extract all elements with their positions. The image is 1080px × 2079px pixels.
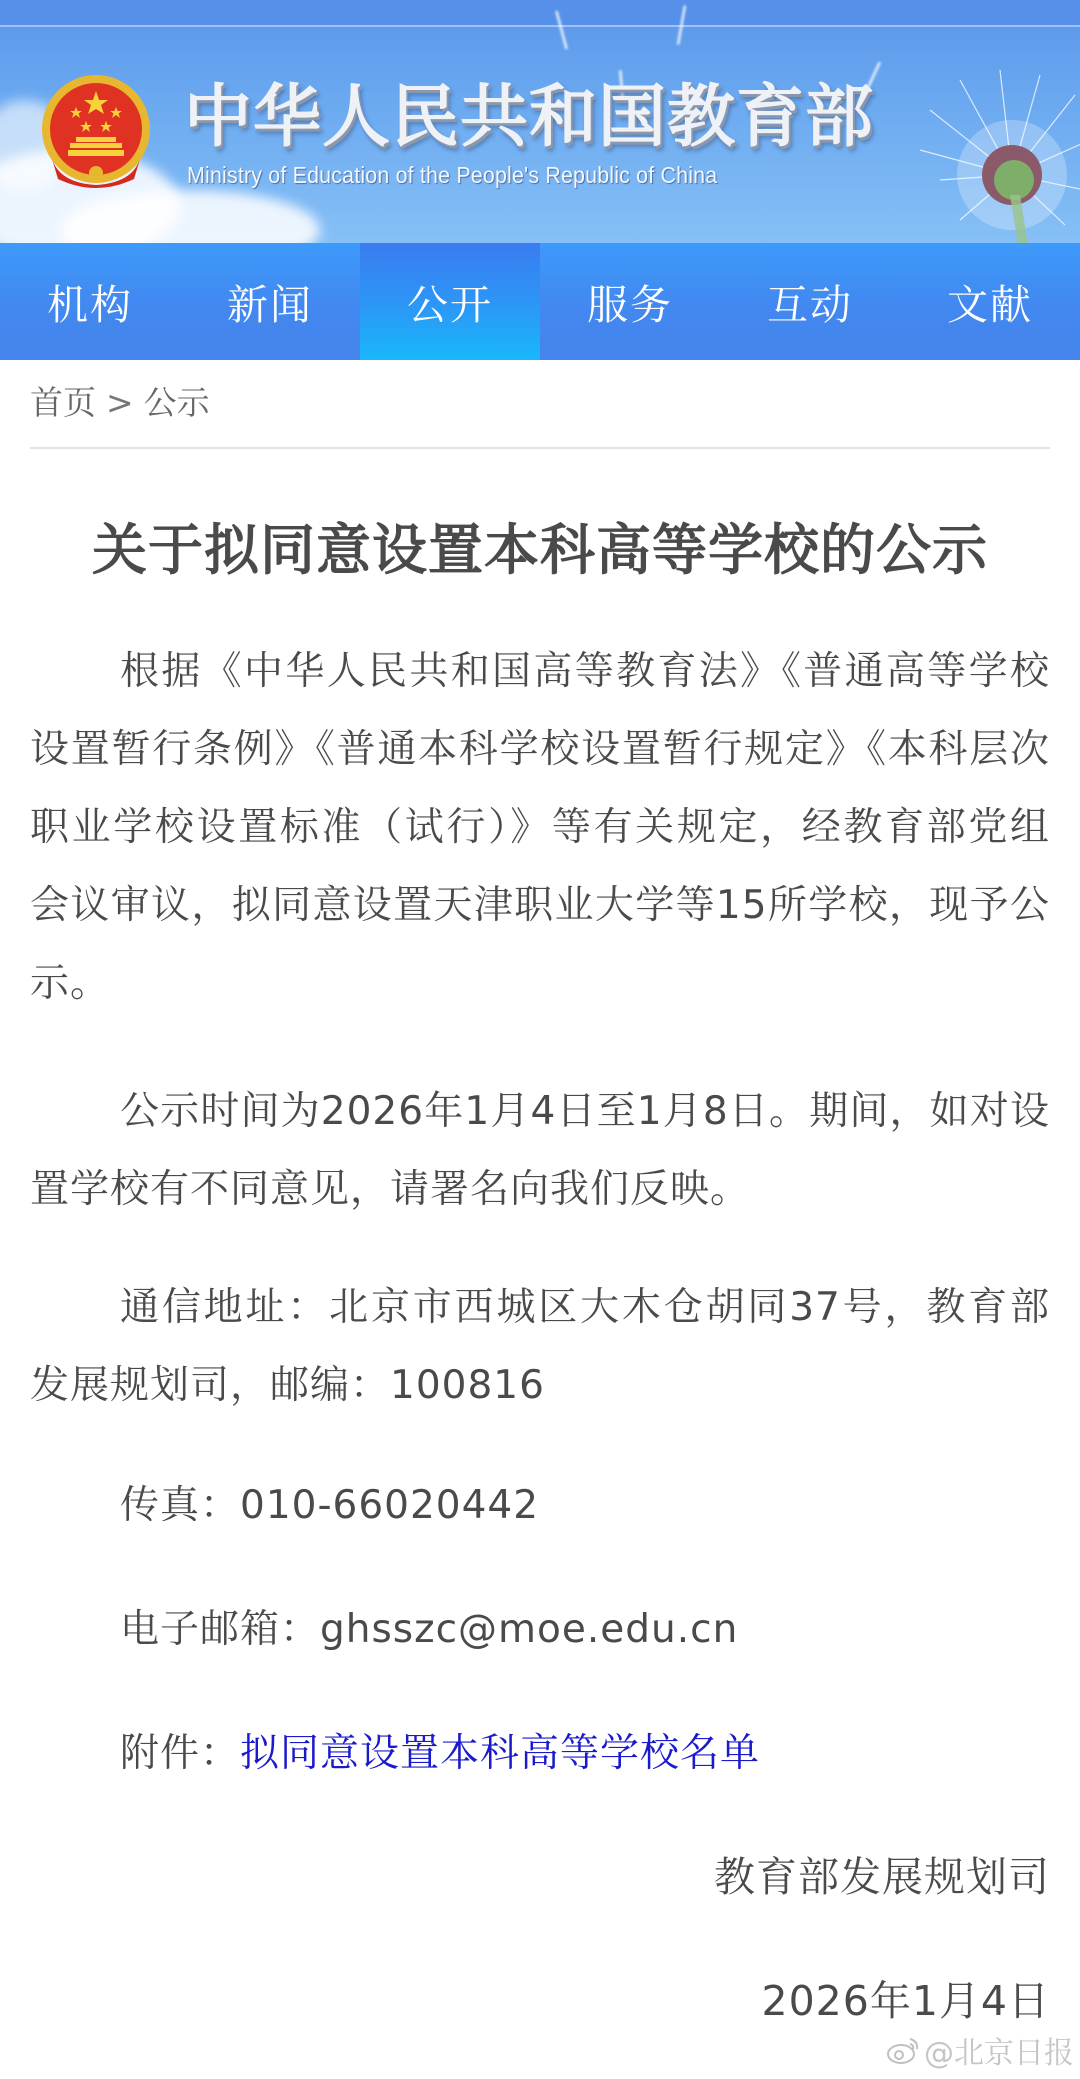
paragraph-address: 通信地址：北京市西城区大木仓胡同37号，教育部发展规划司，邮编：100816	[30, 1269, 1050, 1425]
breadcrumb: 首页 > 公示	[30, 378, 210, 428]
nav-item-interaction[interactable]: 互动	[720, 243, 900, 360]
national-emblem-icon[interactable]	[40, 73, 152, 195]
email-value: ghsszc@moe.edu.cn	[320, 1607, 738, 1652]
paragraph-basis: 根据《中华人民共和国高等教育法》《普通高等学校设置暂行条例》《普通本科学校设置暂…	[30, 633, 1050, 1023]
breadcrumb-current-link[interactable]: 公示	[144, 378, 210, 428]
weibo-icon	[886, 2035, 920, 2065]
attachment-link[interactable]: 拟同意设置本科高等学校名单	[240, 1731, 760, 1776]
signature-org: 教育部发展规划司	[450, 1838, 1050, 1916]
address-label: 通信地址：	[120, 1285, 329, 1330]
paragraph-period: 公示时间为2026年1月4日至1月8日。期间，如对设置学校有不同意见，请署名向我…	[30, 1073, 1050, 1229]
breadcrumb-divider	[30, 447, 1050, 449]
site-header-banner: 中华人民共和国教育部 Ministry of Education of the …	[0, 0, 1080, 243]
breadcrumb-home-link[interactable]: 首页	[30, 378, 96, 428]
breadcrumb-separator: >	[106, 378, 134, 428]
watermark: @北京日报	[886, 2028, 1074, 2072]
email-label: 电子邮箱：	[120, 1607, 320, 1652]
attachment-label: 附件：	[120, 1731, 240, 1776]
article-title: 关于拟同意设置本科高等学校的公示	[0, 510, 1080, 590]
paragraph-fax: 传真：010-66020442	[30, 1467, 1050, 1545]
nav-item-news[interactable]: 新闻	[180, 243, 360, 360]
watermark-text: @北京日报	[924, 2028, 1074, 2072]
nav-item-documents[interactable]: 文献	[900, 243, 1080, 360]
paragraph-attachment: 附件：拟同意设置本科高等学校名单	[30, 1715, 1050, 1793]
site-title[interactable]: 中华人民共和国教育部	[184, 78, 914, 158]
fax-label: 传真：	[120, 1483, 240, 1528]
nav-item-public[interactable]: 公开	[360, 243, 540, 360]
top-strip	[0, 0, 1080, 27]
site-subtitle: Ministry of Education of the People's Re…	[187, 160, 857, 190]
dandelion-decoration-icon	[900, 30, 1080, 243]
main-nav: 机构 新闻 公开 服务 互动 文献	[0, 243, 1080, 360]
nav-item-services[interactable]: 服务	[540, 243, 720, 360]
fax-value: 010-66020442	[240, 1483, 539, 1528]
paragraph-email: 电子邮箱：ghsszc@moe.edu.cn	[30, 1591, 1050, 1669]
nav-item-institutions[interactable]: 机构	[0, 243, 180, 360]
